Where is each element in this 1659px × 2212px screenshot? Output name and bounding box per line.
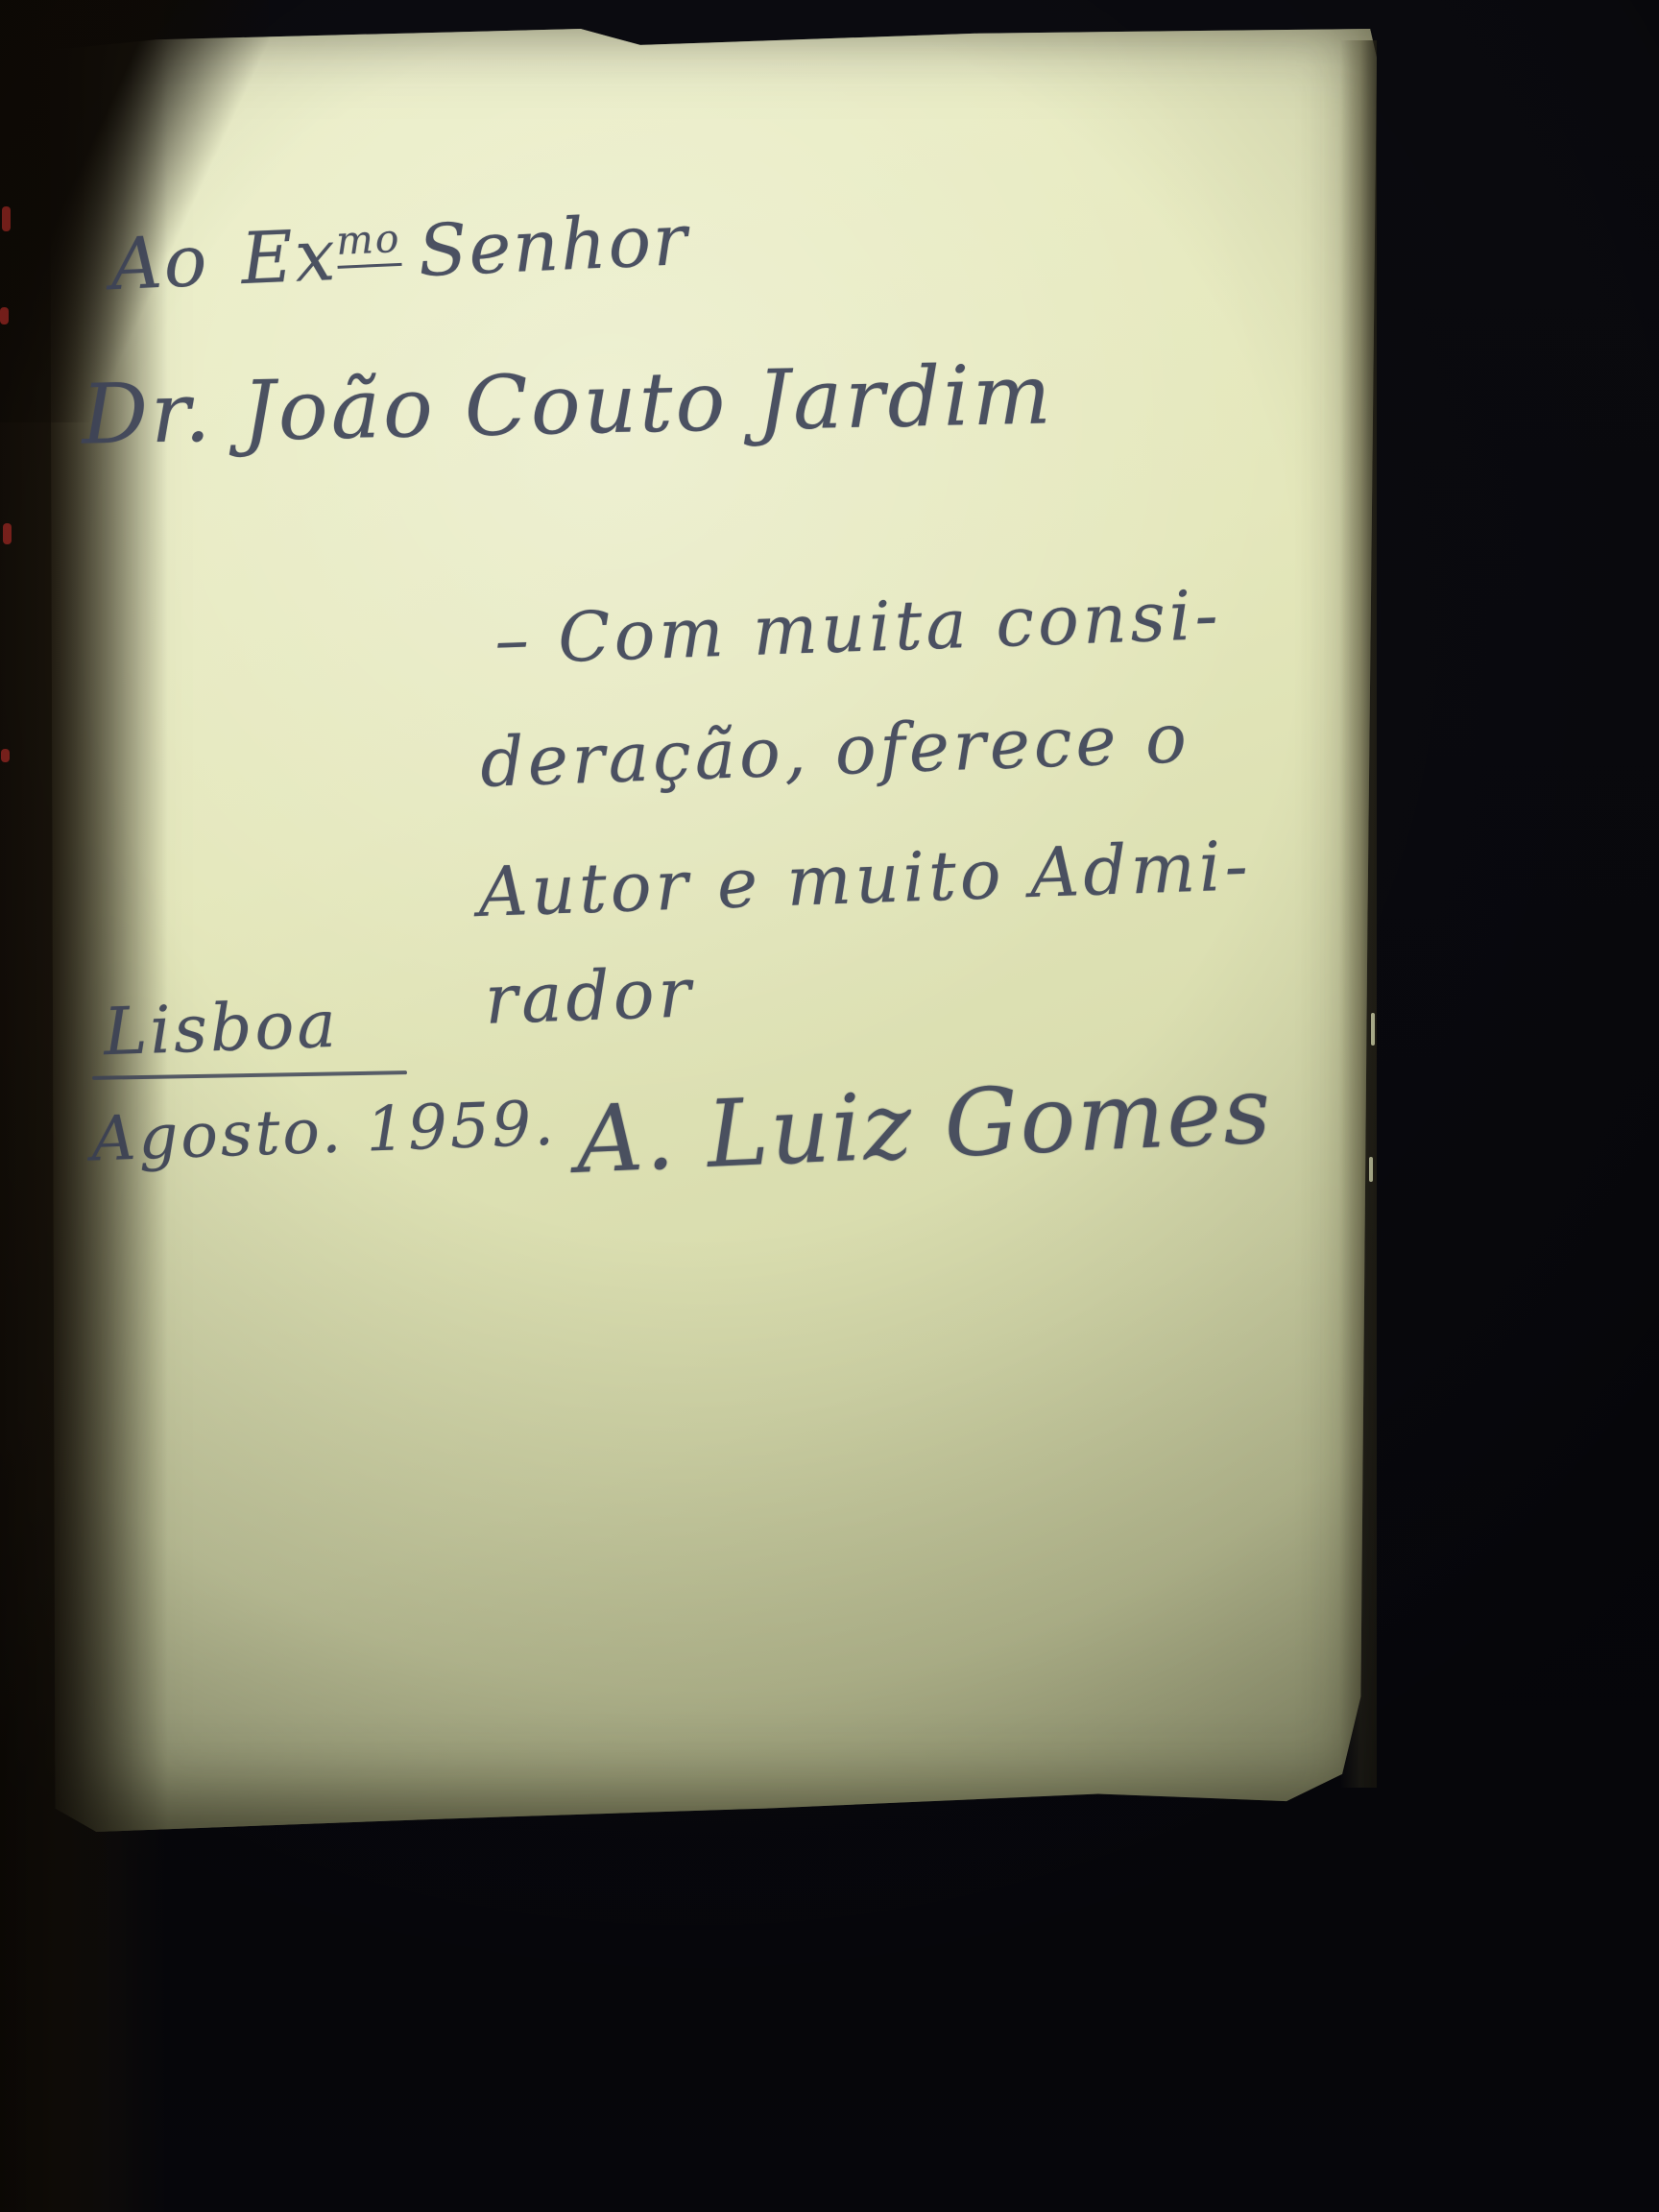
salutation-word-senhor: Senhor xyxy=(417,199,690,293)
cover-red-fleck xyxy=(0,307,9,325)
book-dedication-photo: AoExmoSenhor Dr. João Couto Jardim – Com… xyxy=(0,0,1659,2212)
salutation-abbrev-ex: Ex xyxy=(239,214,338,301)
page-edge-glint xyxy=(1371,1013,1375,1046)
dedication-body-line-4: rador xyxy=(484,952,696,1040)
cover-red-fleck xyxy=(3,523,12,544)
cover-red-fleck xyxy=(2,206,11,231)
page-fore-edge xyxy=(1340,40,1377,1788)
dedication-recipient: Dr. João Couto Jardim xyxy=(81,347,1054,463)
salutation-abbrev-mo: mo xyxy=(335,215,401,269)
salutation-word-ao: Ao xyxy=(108,220,210,306)
page-edge-glint xyxy=(1369,1157,1373,1182)
book-gutter-shadow-top xyxy=(0,0,269,422)
cover-red-fleck xyxy=(1,749,10,762)
dedication-place: Lisboa xyxy=(103,987,340,1070)
